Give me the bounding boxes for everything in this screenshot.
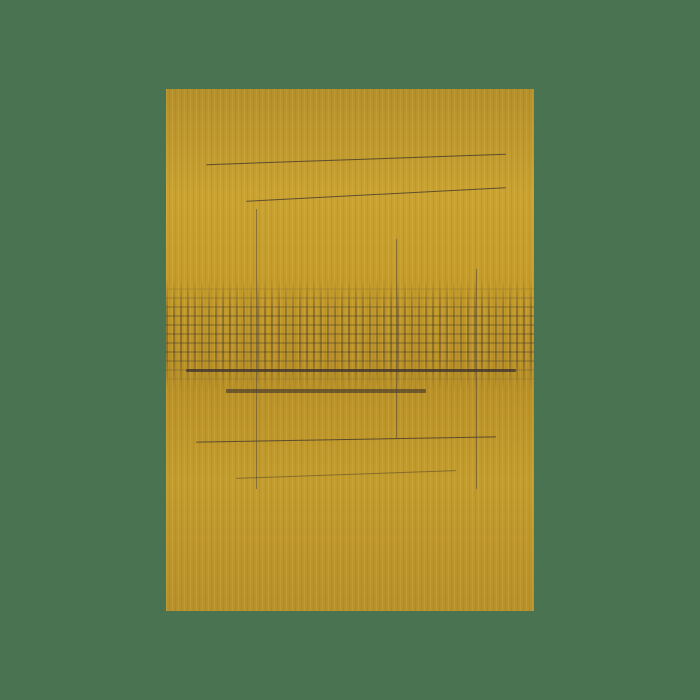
pattern-stroke	[206, 154, 506, 165]
pattern-line	[256, 209, 257, 489]
pattern-line	[396, 239, 397, 439]
rug	[166, 89, 534, 611]
dark-texture-band	[166, 279, 534, 389]
pattern-stroke	[246, 187, 506, 202]
pattern-stroke	[196, 436, 496, 442]
pattern-stroke	[236, 470, 456, 479]
pattern-line	[476, 269, 477, 489]
pattern-stroke	[186, 369, 516, 372]
